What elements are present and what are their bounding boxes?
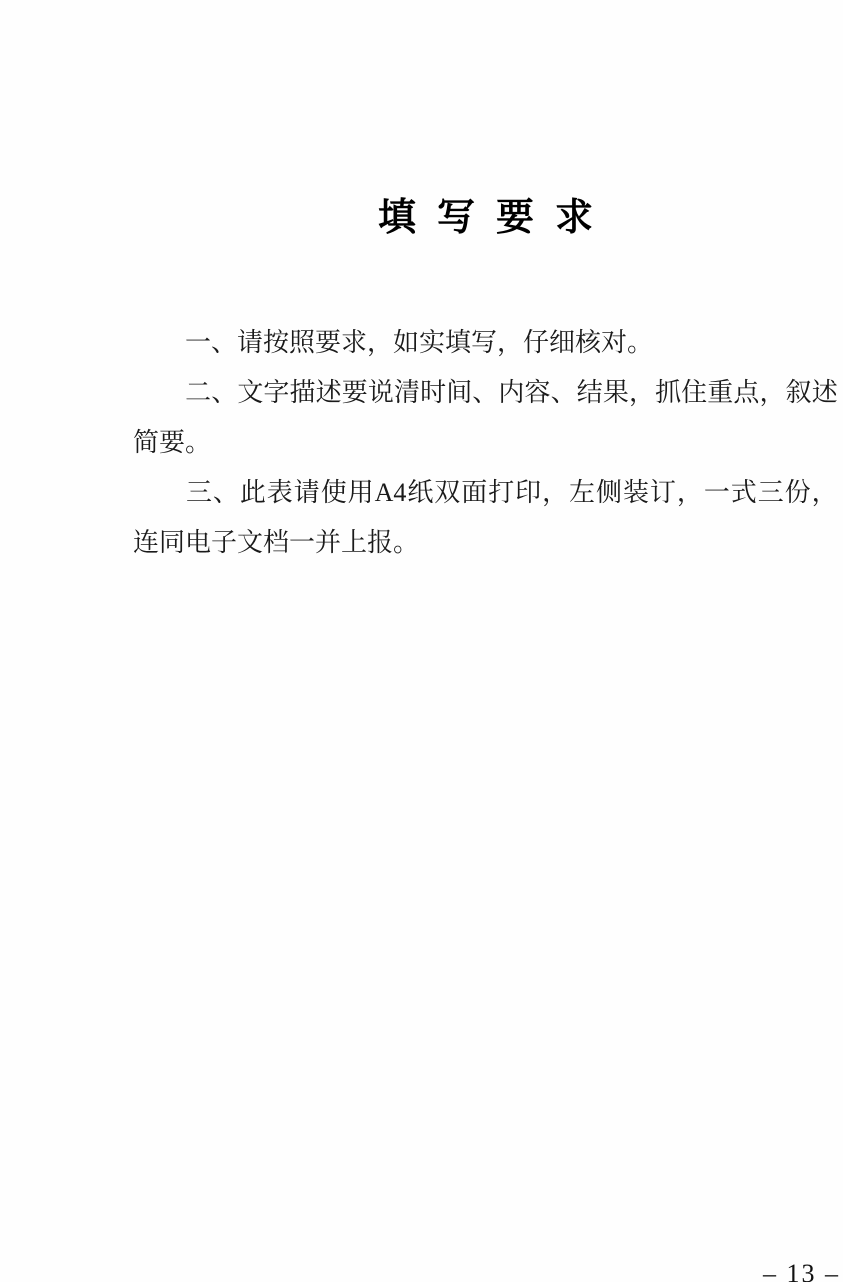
- glyph: 清: [394, 368, 420, 418]
- body-text-block: 一、请按照要求，如实填写，仔细核对。 二、文字描述要说清时间、内容、结果，抓住重…: [133, 318, 838, 568]
- paragraph-indent: [133, 468, 185, 518]
- glyph: 侧: [596, 468, 622, 518]
- paragraph-indent: [133, 368, 185, 418]
- glyph: 内: [498, 368, 524, 418]
- glyph: 字: [263, 368, 289, 418]
- glyph: 要: [342, 368, 368, 418]
- glyph: 时: [420, 368, 446, 418]
- glyph: 说: [368, 368, 394, 418]
- glyph: 面: [461, 468, 487, 518]
- glyph: 文: [237, 368, 263, 418]
- glyph: ，: [542, 468, 568, 518]
- glyph: 抓: [655, 368, 681, 418]
- glyph: 描: [290, 368, 316, 418]
- glyph: 订: [650, 468, 676, 518]
- glyph: 三: [758, 468, 784, 518]
- glyph: 重: [707, 368, 733, 418]
- glyph: 间: [446, 368, 472, 418]
- glyph: 一: [704, 468, 730, 518]
- document-title: 填写要求: [133, 196, 838, 240]
- body-line-1: 一、请按照要求，如实填写，仔细核对。: [133, 318, 838, 368]
- glyph: A4: [375, 468, 407, 518]
- glyph: 表: [267, 468, 293, 518]
- document-page: 填写要求 一、请按照要求，如实填写，仔细核对。 二、文字描述要说清时间、内容、结…: [0, 0, 843, 1282]
- glyph: 三: [186, 468, 212, 518]
- glyph: 、: [211, 368, 237, 418]
- glyph: ，: [629, 368, 655, 418]
- glyph: 装: [623, 468, 649, 518]
- body-line-5: 连同电子文档一并上报。: [133, 518, 838, 568]
- glyph: ，: [677, 468, 703, 518]
- body-line-3: 简要。: [133, 418, 838, 468]
- glyph: 使: [321, 468, 347, 518]
- glyph: 二: [185, 368, 211, 418]
- glyph: 、: [551, 368, 577, 418]
- glyph: 此: [240, 468, 266, 518]
- glyph: 用: [348, 468, 374, 518]
- body-line-2: 二、文字描述要说清时间、内容、结果，抓住重点，叙述: [133, 368, 838, 418]
- glyph: 份: [785, 468, 811, 518]
- glyph: 叙: [786, 368, 812, 418]
- glyph: 、: [472, 368, 498, 418]
- glyph: ，: [812, 468, 838, 518]
- glyph: 左: [569, 468, 595, 518]
- glyph: 印: [515, 468, 541, 518]
- glyph: 点: [733, 368, 759, 418]
- glyph: 述: [316, 368, 342, 418]
- glyph: 、: [213, 468, 239, 518]
- glyph: 纸: [407, 468, 433, 518]
- body-line-4: 三、此表请使用A4纸双面打印，左侧装订，一式三份，: [133, 468, 838, 518]
- glyph: 式: [731, 468, 757, 518]
- glyph: 述: [812, 368, 838, 418]
- glyph: 打: [488, 468, 514, 518]
- glyph: 双: [434, 468, 460, 518]
- glyph: 容: [525, 368, 551, 418]
- glyph: 果: [603, 368, 629, 418]
- glyph: 住: [681, 368, 707, 418]
- glyph: ，: [760, 368, 786, 418]
- glyph: 结: [577, 368, 603, 418]
- glyph: 请: [294, 468, 320, 518]
- page-number: – 13 –: [763, 1261, 840, 1282]
